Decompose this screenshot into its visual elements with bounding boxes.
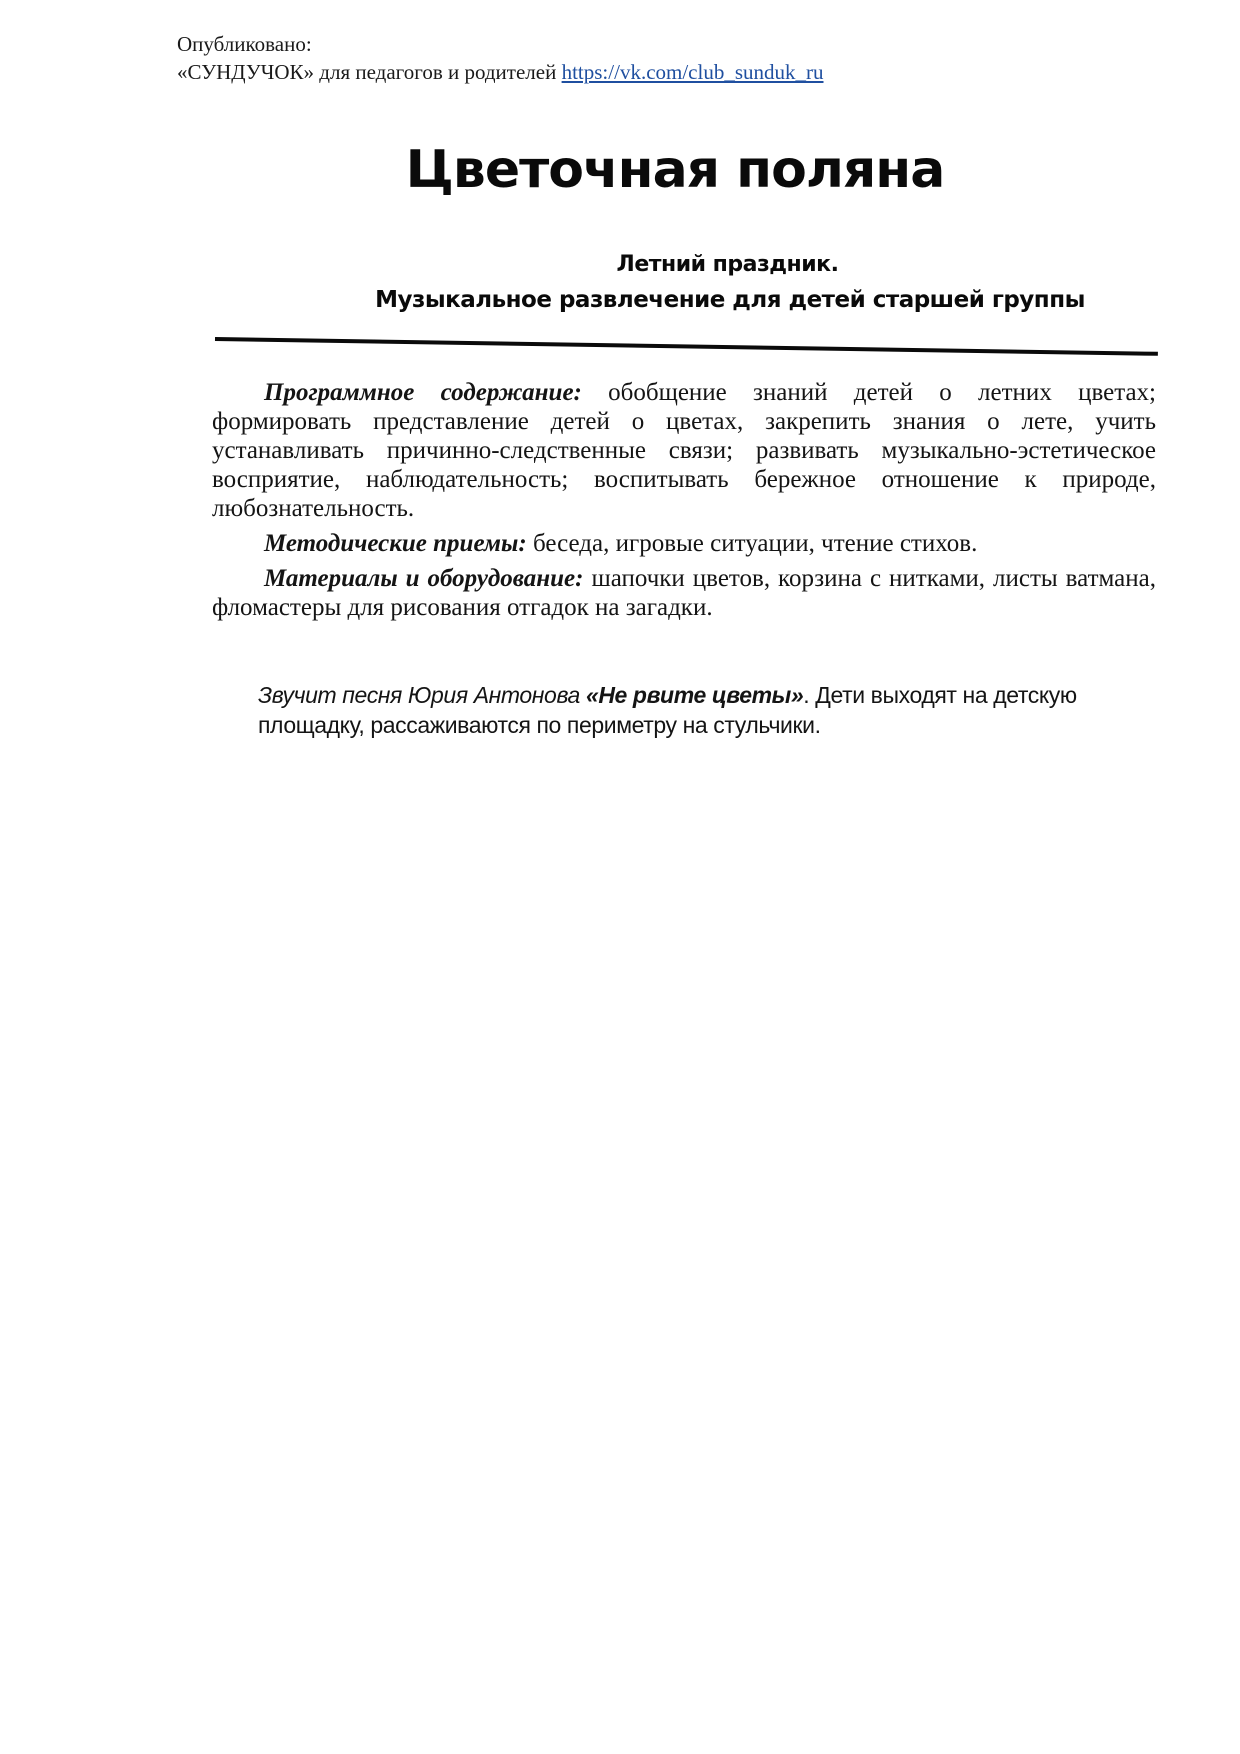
program-content-paragraph: Программное содержание: обобщение знаний… — [212, 378, 1156, 523]
source-text: «СУНДУЧОК» для педагогов и родителей — [177, 60, 562, 84]
source-line: «СУНДУЧОК» для педагогов и родителей htt… — [177, 58, 824, 86]
section-label: Программное содержание: — [264, 379, 582, 406]
subtitle-line-1: Летний праздник. — [0, 252, 1240, 277]
materials-paragraph: Материалы и оборудование: шапочки цветов… — [212, 564, 1156, 622]
section-label: Методические приемы: — [264, 530, 527, 557]
subtitle-line-2: Музыкальное развлечение для детей старше… — [0, 287, 1240, 313]
published-label: Опубликовано: — [177, 30, 824, 58]
stage-intro: Звучит песня Юрия Антонова — [258, 682, 586, 708]
publication-note: Опубликовано: «СУНДУЧОК» для педагогов и… — [177, 30, 824, 86]
stage-direction: Звучит песня Юрия Антонова «Не рвите цве… — [258, 680, 1158, 740]
vk-link[interactable]: https://vk.com/club_sunduk_ru — [562, 60, 824, 84]
song-title: «Не рвите цветы» — [586, 682, 803, 708]
section-text: беседа, игровые ситуации, чтение стихов. — [527, 530, 978, 557]
methods-paragraph: Методические приемы: беседа, игровые сит… — [212, 529, 1156, 558]
section-label: Материалы и оборудование: — [264, 565, 583, 592]
document-body: Программное содержание: обобщение знаний… — [212, 378, 1156, 628]
horizontal-divider — [215, 337, 1158, 356]
document-title: Цветочная поляна — [0, 140, 1240, 200]
